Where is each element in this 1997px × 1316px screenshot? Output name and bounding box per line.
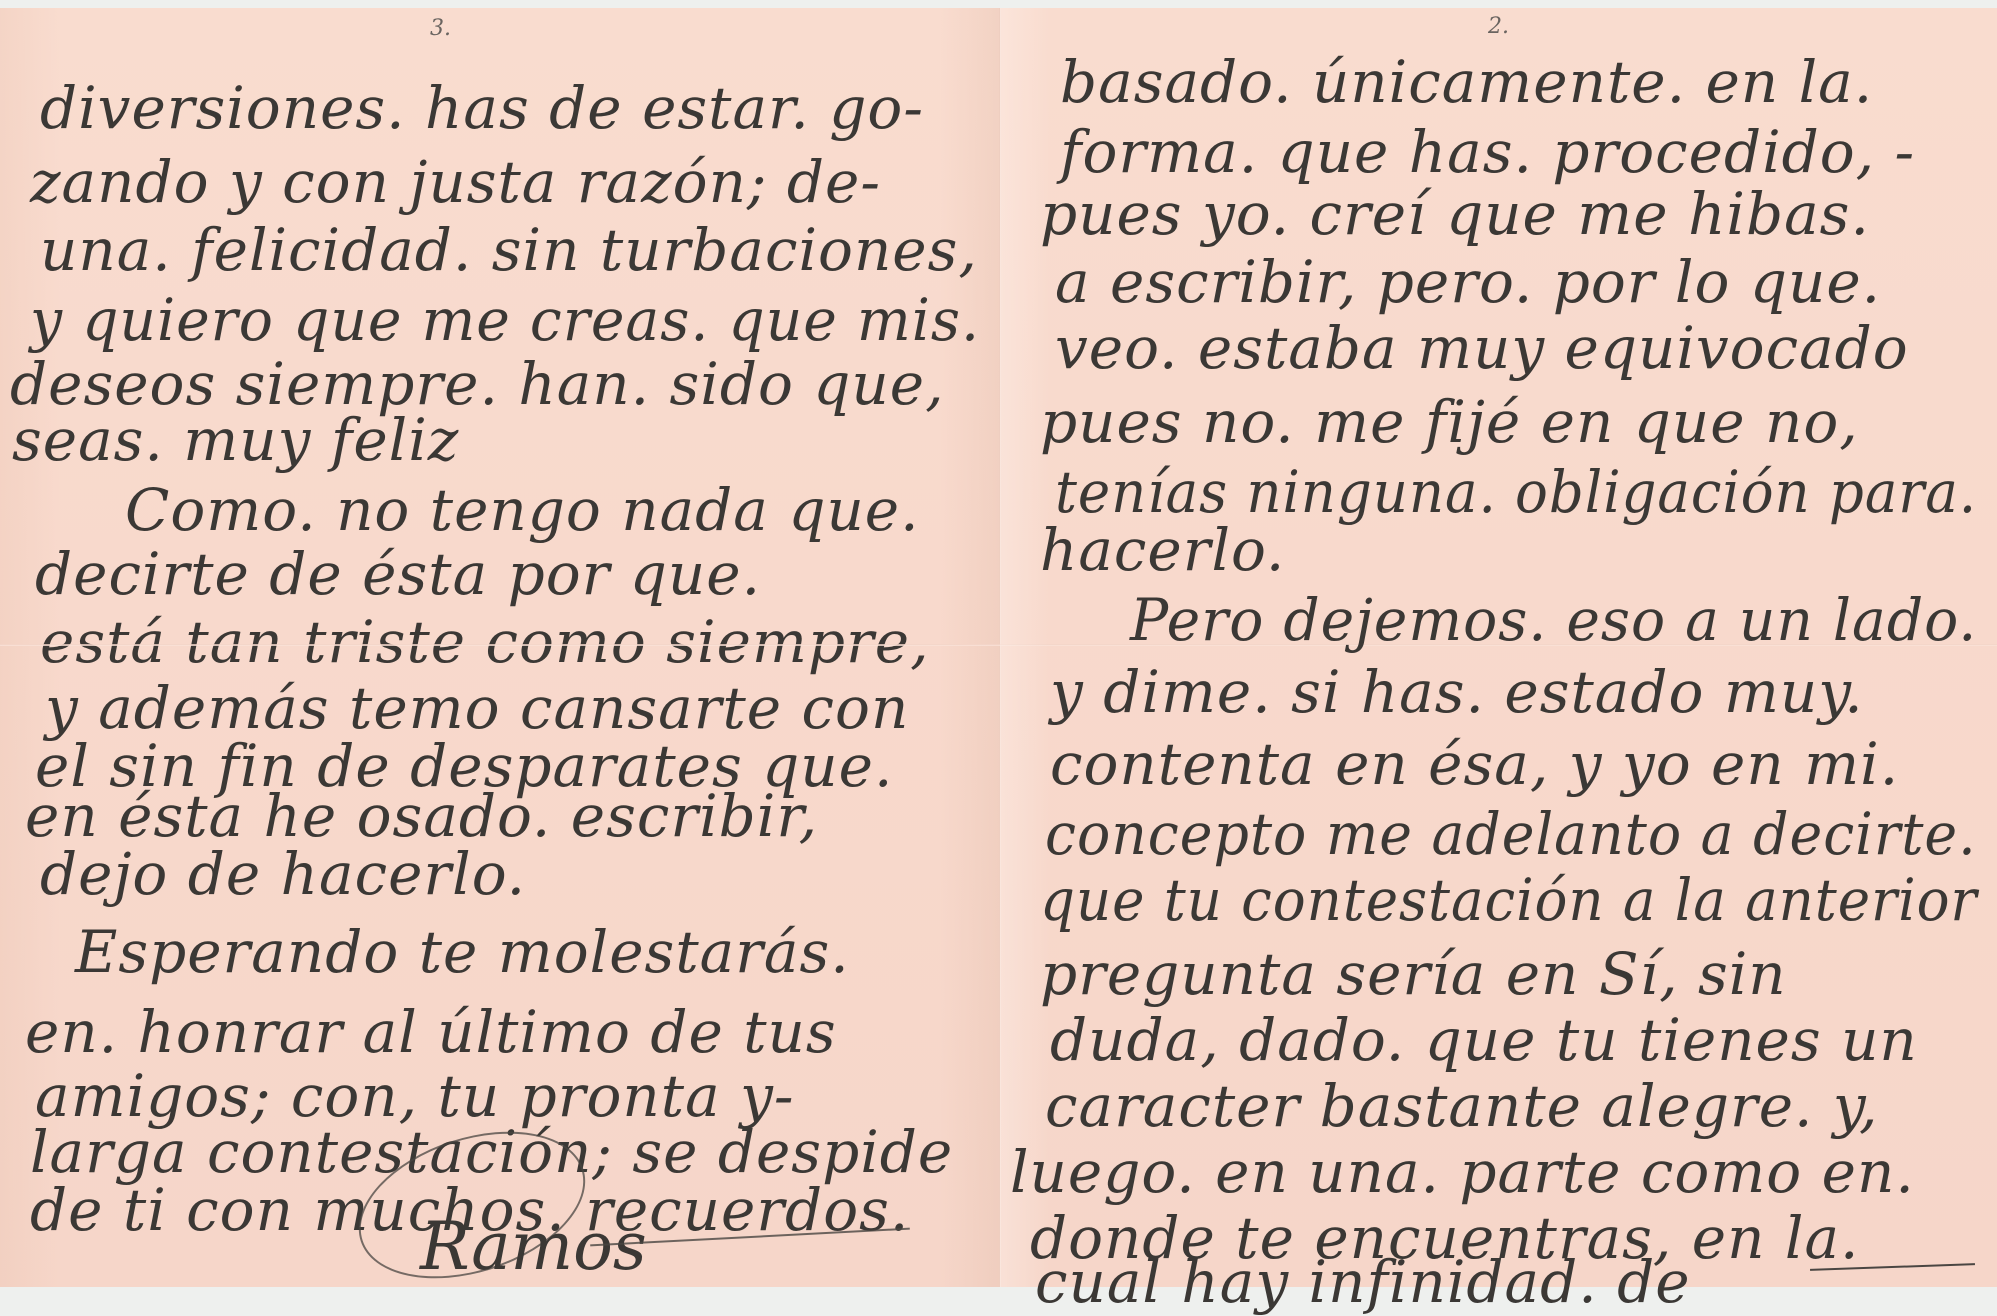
text-line: hacerlo. (1040, 516, 1285, 584)
text-line: forma. que has. procedido, - (1060, 118, 1915, 186)
text-line: una. felicidad. sin turbaciones, (40, 216, 978, 284)
letter-sheet: 3. diversiones. has de estar. go- zando … (0, 8, 1997, 1287)
text-line: Pero dejemos. eso a un lado. (1130, 586, 1977, 654)
text-line: que tu contestación a la anterior (1040, 866, 1978, 934)
text-line: a escribir, pero. por lo que. (1055, 248, 1881, 316)
text-line: pues no. me fijé en que no, (1040, 388, 1859, 456)
text-line: en. honrar al último de tus (25, 998, 837, 1066)
text-line: zando y con justa razón; de- (30, 148, 881, 216)
text-line: duda, dado. que tu tienes un (1050, 1006, 1918, 1074)
text-line: decirte de ésta por que. (35, 540, 761, 608)
text-line: Esperando te molestarás. (75, 918, 850, 986)
text-line: y dime. si has. estado muy. (1050, 658, 1864, 726)
text-line: pues yo. creí que me hibas. (1040, 180, 1870, 248)
text-line: dejo de hacerlo. (40, 840, 526, 908)
page-number: 2. (1488, 14, 1509, 39)
text-line: contenta en ésa, y yo en mi. (1050, 730, 1899, 798)
text-line: pregunta sería en Sí, sin (1040, 940, 1787, 1008)
scanned-letter: 3. diversiones. has de estar. go- zando … (0, 0, 1997, 1287)
text-line: concepto me adelanto a decirte. (1045, 800, 1977, 868)
signature: Ramos (420, 1208, 647, 1285)
text-line: diversiones. has de estar. go- (40, 74, 924, 142)
text-line: seas. muy feliz (12, 406, 459, 474)
left-page: 3. diversiones. has de estar. go- zando … (0, 8, 1000, 1287)
page-number: 3. (430, 16, 451, 41)
text-line: caracter bastante alegre. y, (1045, 1072, 1878, 1140)
right-page: 2. basado. únicamente. en la. forma. que… (1000, 8, 1997, 1287)
text-line: y quiero que me creas. que mis. (30, 286, 980, 354)
text-line: luego. en una. parte como en. (1010, 1138, 1915, 1206)
text-line: veo. estaba muy equivocado (1055, 314, 1909, 382)
text-line: cual hay infinidad. de (1035, 1248, 1691, 1287)
text-line: Como. no tengo nada que. (125, 476, 920, 544)
text-line: basado. únicamente. en la. (1060, 48, 1873, 116)
text-line: está tan triste como siempre, (40, 608, 930, 676)
